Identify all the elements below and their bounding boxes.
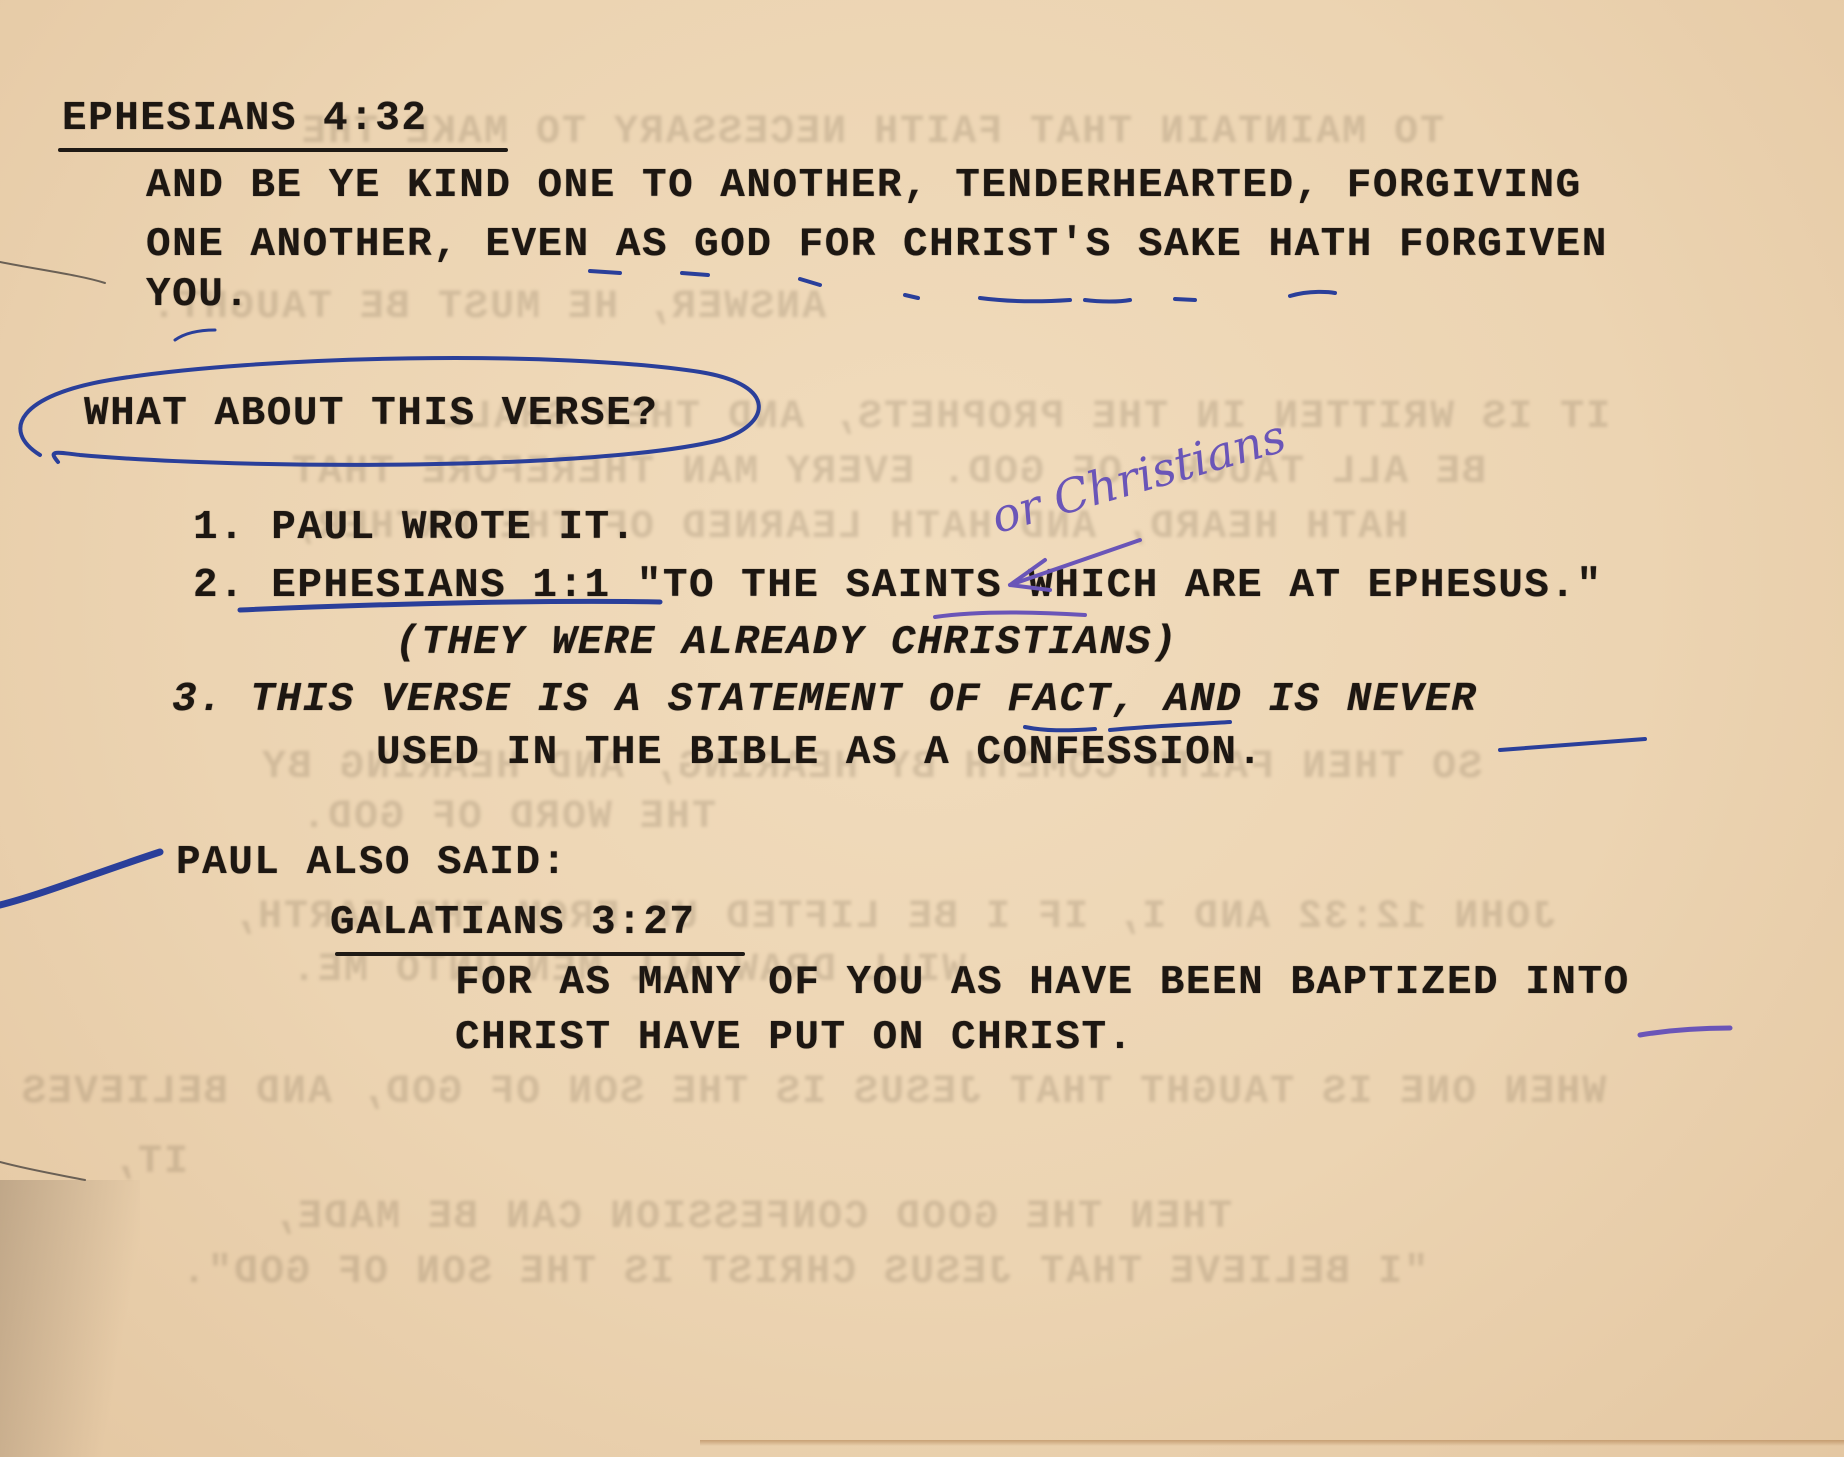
underline-even [590,271,620,273]
second-verse-line: FOR AS MANY OF YOU AS HAVE BEEN BAPTIZED… [455,960,1630,1006]
underline-christs [980,298,1070,301]
underline-for [905,295,918,298]
page-shadow [0,1180,140,1457]
question-heading: WHAT ABOUT THIS VERSE? [84,391,658,437]
bleed-through-line: THEN THE GOOD CONFESSION CAN BE MADE, [270,1195,1232,1240]
point-2: 2. EPHESIANS 1:1 "TO THE SAINTS WHICH AR… [193,563,1603,609]
margin-pencil-mark [0,1162,85,1180]
underline-saints [935,613,1085,617]
second-verse-line: CHRIST HAVE PUT ON CHRIST. [455,1015,1134,1061]
underline-into [1640,1028,1730,1035]
bleed-through-line: WHEN ONE IS TAUGHT THAT JESUS IS THE SON… [20,1070,1606,1115]
bleed-through-line: ANSWER, HE MUST BE TAUGHT. [150,285,826,330]
underline-never [1500,739,1645,750]
underline-fact [1110,722,1230,730]
point-3: 3. THIS VERSE IS A STATEMENT OF FACT, AN… [172,677,1477,723]
typed-page: TO MAINTAIN THAT FAITH NECESSARY TO MAKE… [0,0,1844,1457]
point-2-note: (THEY WERE ALREADY CHRISTIANS) [395,620,1178,666]
underline-as [682,273,708,275]
bleed-through-line: THE WORD OF GOD. [300,795,716,840]
second-reference: GALATIANS 3:27 [330,900,695,946]
verse-line: ONE ANOTHER, EVEN AS GOD FOR CHRIST'S SA… [146,222,1608,268]
underline-hath [1175,299,1195,300]
verse-line: YOU. [146,272,250,318]
point-3-continued: USED IN THE BIBLE AS A CONFESSION. [376,730,1264,776]
page-edge [700,1440,1844,1446]
also-said-label: PAUL ALSO SAID: [176,840,568,886]
heading-reference: EPHESIANS 4:32 [62,96,427,142]
margin-pencil-mark [0,262,105,283]
heading-underline [58,148,508,152]
bleed-through-line: "I BELIEVE THAT JESUS CHRIST IS THE SON … [180,1250,1428,1295]
verse-line: AND BE YE KIND ONE TO ANOTHER, TENDERHEA… [146,163,1582,209]
second-reference-underline [335,952,745,956]
underline-forgiven [1290,292,1335,296]
margin-check-mark [0,852,160,905]
point-1: 1. PAUL WROTE IT. [193,505,637,551]
tick-you [175,330,215,340]
bleed-through-line: BE ALL TAUGHT OF GOD. EVERY MAN THEREFOR… [290,450,1486,495]
bleed-through-line: IT, [110,1140,188,1185]
underline-sake [1085,300,1130,302]
